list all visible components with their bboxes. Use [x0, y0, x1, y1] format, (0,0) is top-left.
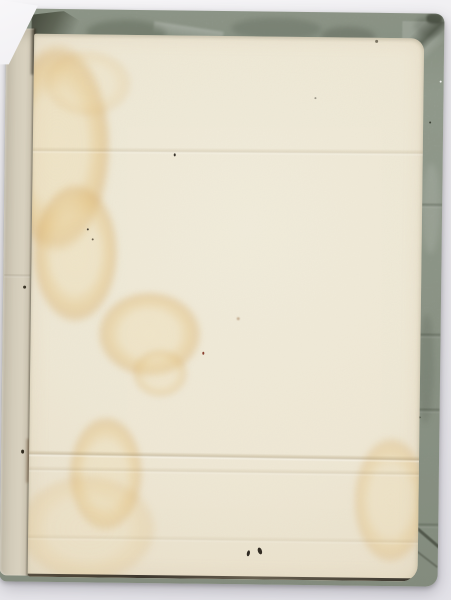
turn-in-crease: [419, 333, 441, 338]
turn-in-crease: [418, 408, 440, 413]
page-speck: [174, 153, 176, 156]
cover-corner-notch-top-right: [426, 13, 442, 23]
gutter-speck: [21, 450, 24, 454]
cover-white-fleck: [440, 81, 442, 83]
page-speck: [314, 97, 316, 99]
book: [0, 8, 444, 586]
inner-cover-crease: [4, 274, 30, 277]
photo-background: [0, 0, 451, 600]
turn-in-crease: [420, 203, 442, 208]
blank-page: [28, 34, 425, 582]
page-speck: [237, 317, 240, 320]
cover-speck: [429, 122, 431, 124]
turn-in-crease: [416, 523, 438, 528]
stain-top-left-faint: [39, 47, 136, 120]
page-speck-top-edge: [375, 40, 378, 43]
stain-bottom-right-corner: [350, 432, 424, 569]
page-speck-bottom-pair: [257, 547, 263, 555]
page-speck-red: [202, 352, 204, 355]
gutter-speck: [23, 286, 26, 289]
page-speck: [92, 238, 94, 240]
page-speck-bottom-pair: [246, 550, 250, 557]
stain-mid-left-tail: [130, 347, 191, 400]
page-speck: [87, 228, 89, 230]
